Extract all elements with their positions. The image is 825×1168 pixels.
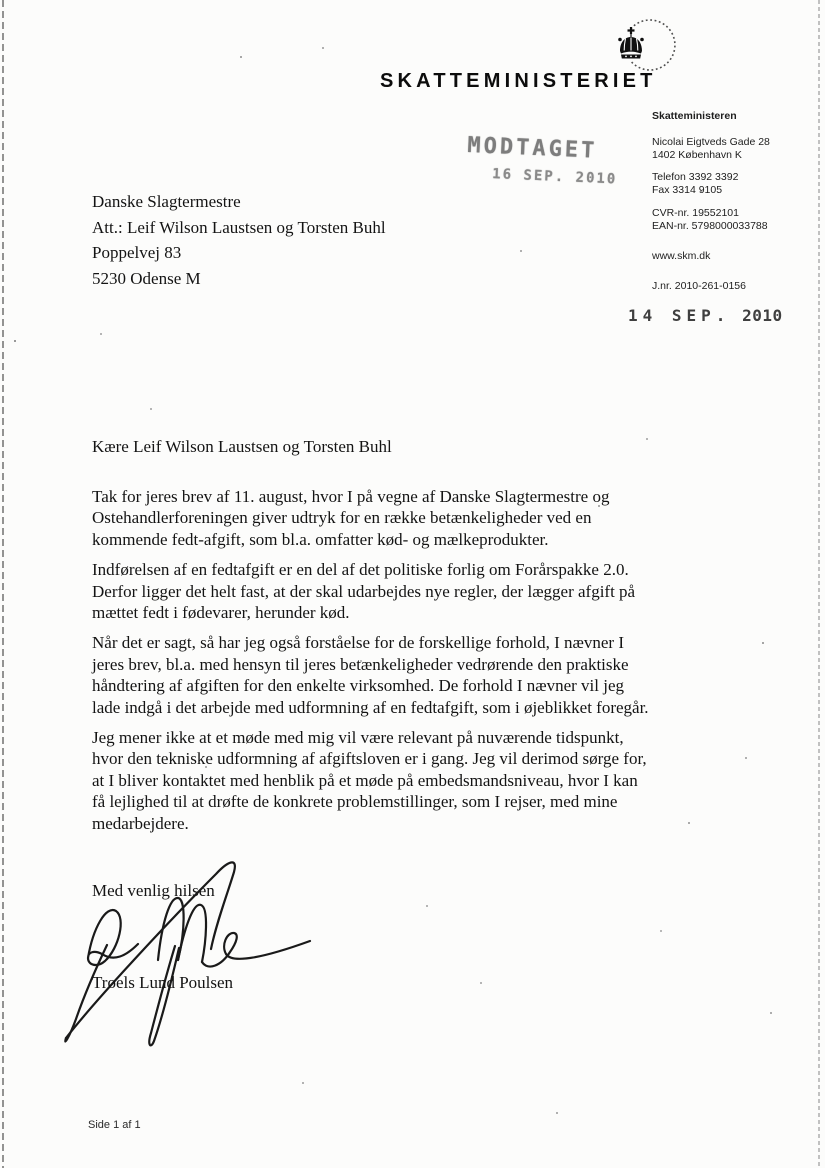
letter-body: Tak for jeres brev af 11. august, hvor I…	[92, 486, 654, 843]
office-date-stamp: 14 SEP. 2010	[628, 306, 783, 325]
salutation: Kære Leif Wilson Laustsen og Torsten Buh…	[92, 437, 392, 457]
ministry-wordmark: SKATTEMINISTERIET	[380, 70, 657, 93]
paragraph: Jeg mener ikke at et møde med mig vil væ…	[92, 727, 654, 834]
sidebar-website: www.skm.dk	[652, 250, 812, 263]
sidebar-cvr-number: CVR-nr. 19552101	[652, 207, 812, 220]
paragraph: Tak for jeres brev af 11. august, hvor I…	[92, 486, 654, 550]
sidebar-phone: Telefon 3392 3392	[652, 171, 812, 184]
recipient-line: Att.: Leif Wilson Laustsen og Torsten Bu…	[92, 215, 386, 241]
sidebar-address-line1: Nicolai Eigtveds Gade 28	[652, 136, 812, 149]
sidebar-journal-number: J.nr. 2010-261-0156	[652, 280, 812, 293]
signer-name: Troels Lund Poulsen	[92, 973, 233, 993]
office-date-stamp-day-month: 14 SEP.	[628, 306, 730, 325]
recipient-line: Poppelvej 83	[92, 240, 386, 266]
handwritten-signature	[58, 852, 348, 1057]
sidebar-fax: Fax 3314 9105	[652, 184, 812, 197]
recipient-line: 5230 Odense M	[92, 266, 386, 292]
page-number-footer: Side 1 af 1	[88, 1119, 141, 1131]
received-stamp-date: 16 SEP. 2010	[492, 166, 618, 187]
received-stamp: MODTAGET 16 SEP. 2010	[466, 133, 619, 188]
scan-artifact-left-edge	[2, 0, 4, 1168]
paragraph: Når det er sagt, så har jeg også forståe…	[92, 632, 654, 718]
sidebar-address-line2: 1402 København K	[652, 149, 812, 162]
paragraph: Indførelsen af en fedtafgift er en del a…	[92, 559, 654, 623]
recipient-line: Danske Slagtermestre	[92, 189, 386, 215]
sidebar-title: Skatteministeren	[652, 110, 812, 123]
scanned-letter-page: SKATTEMINISTERIET MODTAGET 16 SEP. 2010 …	[0, 0, 825, 1168]
scan-noise-speckles	[0, 0, 2, 2]
office-date-stamp-year: 2010	[742, 306, 783, 325]
received-stamp-title: MODTAGET	[467, 133, 619, 165]
sender-info-sidebar: Skatteministeren Nicolai Eigtveds Gade 2…	[652, 110, 812, 304]
scan-artifact-right-edge	[818, 0, 820, 1168]
sidebar-ean-number: EAN-nr. 5798000033788	[652, 220, 812, 233]
recipient-block: Danske Slagtermestre Att.: Leif Wilson L…	[92, 189, 386, 291]
